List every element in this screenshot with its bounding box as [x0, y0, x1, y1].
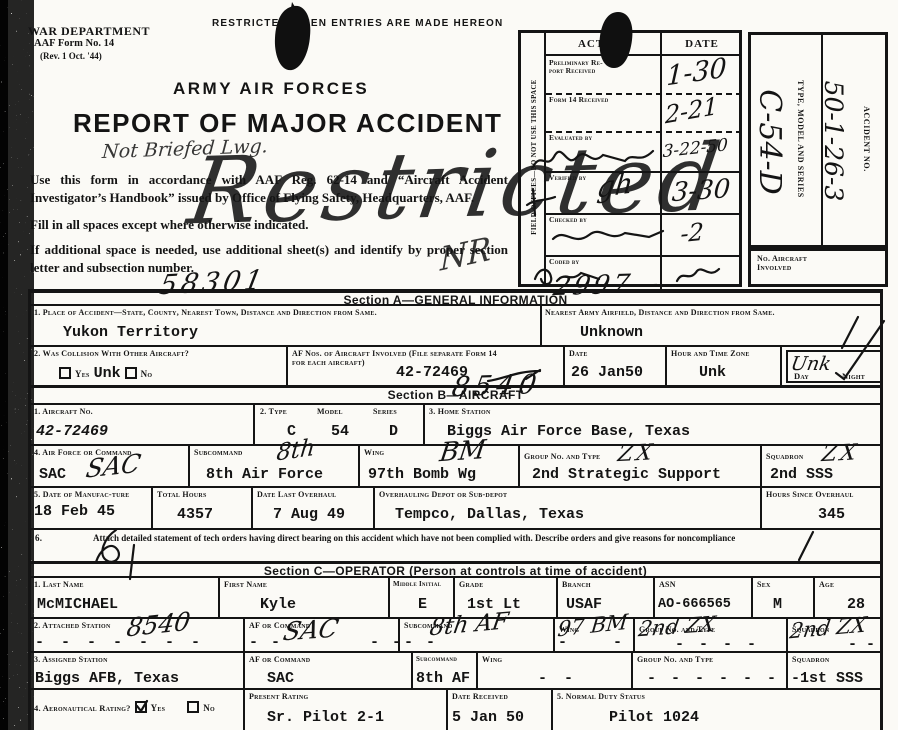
date-label: Date: [565, 347, 665, 360]
date-manufacture-value: 18 Feb 45: [34, 504, 115, 519]
group-3-label: Group No. and Type: [633, 653, 786, 666]
hw-date-evaluated: 3-22-50: [662, 135, 728, 162]
hw-group: ZX: [616, 440, 657, 467]
section-c-title: Section C—OPERATOR (Person at controls a…: [264, 564, 647, 578]
divider: [546, 131, 742, 133]
overhauling-depot-value: Tempco, Dallas, Texas: [395, 507, 584, 522]
hours-since-overhaul-label: Hours Since Overhaul: [762, 488, 886, 501]
section-b-row-3: 5. Date of Manufac-ture 18 Feb 45 Total …: [28, 488, 883, 530]
type-label: 2. Type: [260, 407, 287, 416]
series-value: D: [389, 424, 398, 439]
hours-since-overhaul-value: 345: [818, 507, 845, 522]
divider: [546, 255, 742, 257]
collision-yes-label: Yes: [75, 369, 90, 379]
model-value: 54: [331, 424, 349, 439]
hw-date-checked: -2: [680, 218, 704, 249]
war-department-block: WAR DEPARTMENT AAF Form No. 14 (Rev. 1 O…: [28, 24, 188, 62]
home-station-label: 3. Home Station: [425, 405, 886, 418]
normal-duty-status-label: 5. Normal Duty Status: [553, 690, 886, 703]
age-cell: Age 28: [813, 578, 886, 617]
action-row-label: Evaluated by: [549, 134, 657, 142]
group-3-cell: Group No. and Type - - - - - - -: [631, 653, 786, 688]
group-2-cell: Group No. and Type - - - - 2nd ZX: [633, 619, 786, 651]
signature-scribble-verified: [525, 185, 585, 219]
hw-accident-number: 50-1-26-3: [818, 41, 848, 241]
aero-no-checkbox: [187, 701, 199, 713]
date-received-cell: Date Received 5 Jan 50: [446, 690, 551, 730]
normal-duty-status-cell: 5. Normal Duty Status Pilot 1024: [551, 690, 886, 730]
section-a-bar: Section A—GENERAL INFORMATION: [28, 289, 883, 306]
attach-statement-number: 6.: [35, 533, 42, 543]
date-last-overhaul-cell: Date Last Overhaul 7 Aug 49: [251, 488, 373, 528]
overhauling-depot-cell: Overhauling Depot or Sub-depot Tempco, D…: [373, 488, 760, 528]
series-label: Series: [373, 407, 397, 416]
date-received-label: Date Received: [448, 690, 551, 703]
nearest-airfield-value: Unknown: [580, 325, 643, 340]
aircraft-involved-label: No. Aircraft Involved: [751, 251, 885, 272]
collision-no-checkbox: [125, 367, 137, 379]
signature-scribble-checked: [549, 221, 669, 251]
hour-timezone-label: Hour and Time Zone: [667, 347, 780, 360]
hour-timezone-cell: Hour and Time Zone Unk: [665, 347, 780, 385]
hw-code-right: 2997—: [551, 268, 665, 302]
present-rating-label: Present Rating: [245, 690, 446, 703]
place-of-accident-label: 1. Place of Accident—State, County, Near…: [31, 306, 540, 319]
pen-stroke-scribble: [122, 543, 140, 581]
collision-unk-value: Unk: [94, 365, 121, 382]
group-value: 2nd Strategic Support: [532, 467, 721, 482]
hw-date-form14: 2-21: [665, 92, 718, 130]
air-force-command-cell: 4. Air Force or Command SAC SAC: [31, 446, 188, 486]
signature-scribble-evaluated: [529, 143, 659, 173]
squadron-label: Squadron: [762, 450, 807, 463]
hw-squadron: ZX: [820, 440, 861, 467]
squadron-3-value: 1st SSS: [800, 671, 863, 686]
aircraft-no-value: 42-72469: [36, 424, 108, 439]
date-value: 26 Jan50: [571, 365, 643, 380]
type-model-series-label: TYPE, MODEL AND SERIES: [793, 39, 807, 239]
branch-label: Branch: [558, 578, 653, 591]
date-received-value: 5 Jan 50: [452, 710, 524, 725]
model-label: Model: [317, 407, 343, 416]
aero-yes-label: Yes: [151, 703, 166, 713]
day-night-cell: Unk Day Night: [780, 347, 886, 385]
asn-cell: ASN AO-666565: [653, 578, 751, 617]
squadron-3-cell: Squadron 1st SSS: [786, 653, 886, 688]
form-number: AAF Form No. 14: [28, 38, 188, 51]
section-b-row-4: 6. Attach detailed statement of tech ord…: [28, 530, 883, 561]
section-c-bar: Section C—OPERATOR (Person at controls a…: [28, 561, 883, 578]
collision-cell: 2. Was Collision With Other Aircraft? Ye…: [31, 347, 286, 385]
wing-3-label: Wing: [478, 653, 631, 666]
collision-no-label: No: [141, 369, 153, 379]
first-name-label: First Name: [220, 578, 388, 591]
air-force-command-value: SAC: [39, 467, 66, 482]
wing-cell: Wing BM 97th Bomb Wg: [358, 446, 518, 486]
pen-slash-scribble: [793, 530, 817, 562]
instruction-paragraph-3: If additional space is needed, use addit…: [30, 241, 508, 276]
subcommand-cell: Subcommand 8th 8th Air Force: [188, 446, 358, 486]
date-last-overhaul-value: 7 Aug 49: [273, 507, 345, 522]
section-a-row-1: 1. Place of Accident—State, County, Near…: [28, 306, 883, 347]
hw-air-force-command: SAC: [84, 448, 143, 483]
dept-line: WAR DEPARTMENT: [28, 24, 188, 38]
date-column-header: DATE: [660, 33, 742, 56]
subcommand-3-value: 8th AF: [416, 671, 470, 686]
present-rating-value: Sr. Pilot 2-1: [267, 710, 384, 725]
attached-station-dashes: - - - - - - -: [35, 635, 204, 650]
wing-3-cell: Wing - -: [476, 653, 631, 688]
accident-number-label: ACCIDENT NO.: [859, 39, 873, 239]
middle-initial-label: Middle Initial: [390, 578, 453, 590]
place-of-accident-value: Yukon Territory: [63, 325, 198, 340]
squadron-3-label: Squadron: [788, 653, 886, 666]
asn-label: ASN: [655, 578, 751, 591]
group-label: Group No. and Type: [520, 450, 604, 463]
section-a-title: Section A—GENERAL INFORMATION: [343, 293, 567, 307]
subcommand-3-cell: Subcommand 8th AF: [411, 653, 476, 688]
first-name-value: Kyle: [260, 597, 296, 612]
hours-since-overhaul-cell: Hours Since Overhaul 345: [760, 488, 886, 528]
wing-value: 97th Bomb Wg: [368, 467, 476, 482]
hw-af-command-2: SAC: [281, 613, 341, 646]
attach-statement-text: Attach detailed statement of tech orders…: [93, 533, 853, 544]
subcommand-label: Subcommand: [190, 446, 358, 459]
group-2-dashes: - - - -: [675, 637, 759, 652]
form-revision: (Rev. 1 Oct. '44): [28, 51, 188, 62]
aeronautical-rating-cell: 4. Aeronautical Rating? Yes No: [31, 690, 243, 730]
last-name-value: McMICHAEL: [37, 597, 118, 612]
pen-slash-margin: [836, 315, 862, 351]
assigned-station-label: 3. Assigned Station: [31, 653, 243, 666]
hw-wing: BM: [438, 435, 488, 469]
first-name-cell: First Name Kyle: [218, 578, 388, 617]
section-c-row-4: 4. Aeronautical Rating? Yes No Present R…: [28, 690, 883, 730]
type-model-series-cell: 2. Type Model Series C 54 D: [253, 405, 423, 444]
attached-station-cell: 2. Attached Station - - - - - - - 8540: [31, 619, 243, 651]
group-3-value: - - - - - - -: [647, 671, 803, 686]
assigned-station-cell: 3. Assigned Station Biggs AFB, Texas: [31, 653, 243, 688]
hw-subcommand: 8th: [275, 435, 316, 467]
home-station-cell: 3. Home Station Biggs Air Force Base, Te…: [423, 405, 886, 444]
collision-yes-checkbox: [59, 367, 71, 379]
aeronautical-rating-label: 4. Aeronautical Rating?: [34, 703, 131, 713]
subcommand-value: 8th Air Force: [206, 467, 323, 482]
section-c-row-2: 2. Attached Station - - - - - - - 8540 A…: [28, 619, 883, 653]
wing-2-dashes: -: [613, 635, 622, 650]
section-b-row-2: 4. Air Force or Command SAC SAC Subcomma…: [28, 446, 883, 488]
place-of-accident-cell: 1. Place of Accident—State, County, Near…: [31, 306, 540, 345]
day-label: Day: [794, 372, 809, 382]
middle-initial-cell: Middle Initial E: [388, 578, 453, 617]
total-hours-value: 4357: [177, 507, 213, 522]
last-name-label: 1. Last Name: [31, 578, 218, 591]
aero-yes-checkbox: [135, 701, 147, 713]
subcommand-3-label: Subcommand: [413, 653, 476, 665]
section-c-row-3: 3. Assigned Station Biggs AFB, Texas AF …: [28, 653, 883, 690]
af-command-3-label: AF or Command: [245, 653, 411, 666]
ink-blot-action: [592, 8, 644, 74]
squadron-2-cell: Squadron - - 2nd ZX: [786, 619, 886, 651]
action-row-label: Form 14 Received: [549, 96, 657, 104]
column-divider: [660, 56, 662, 290]
sex-value: M: [773, 597, 782, 612]
middle-initial-value: E: [418, 597, 427, 612]
af-command-3-value: SAC: [267, 671, 294, 686]
age-label: Age: [815, 578, 886, 591]
ink-blot-top: [268, 2, 320, 74]
wing-3-value: - -: [538, 671, 577, 686]
aero-no-label: No: [203, 703, 215, 713]
org-title: ARMY AIR FORCES: [173, 80, 369, 97]
total-hours-cell: Total Hours 4357: [151, 488, 251, 528]
date-last-overhaul-label: Date Last Overhaul: [253, 488, 373, 501]
squadron-value: 2nd SSS: [770, 467, 833, 482]
squadron-cell: Squadron ZX 2nd SSS: [760, 446, 886, 486]
wing-2-cell: Wing - 97 BM: [553, 619, 633, 651]
grade-label: Grade: [455, 578, 556, 591]
aircraft-no-label: 1. Aircraft No.: [31, 405, 253, 418]
aircraft-no-cell: 1. Aircraft No. 42-72469: [31, 405, 253, 444]
hw-date-verified: 3-30: [671, 174, 731, 208]
hw-code-section-b: 8540: [449, 369, 543, 403]
af-command-3-cell: AF or Command SAC: [243, 653, 411, 688]
overhauling-depot-label: Overhauling Depot or Sub-depot: [375, 488, 760, 501]
sex-label: Sex: [753, 578, 813, 591]
collision-label: 2. Was Collision With Other Aircraft?: [31, 347, 286, 360]
squadron-2-dashes: - -: [848, 637, 875, 652]
hw-type-model-series: C-54-D: [753, 42, 787, 242]
date-manufacture-cell: 5. Date of Manufac-ture 18 Feb 45: [31, 488, 151, 528]
normal-duty-status-value: Pilot 1024: [609, 710, 699, 725]
group-cell: Group No. and Type ZX 2nd Strategic Supp…: [518, 446, 760, 486]
sex-cell: Sex M: [751, 578, 813, 617]
restricted-notice: RESTRICTED WHEN ENTRIES ARE MADE HEREON: [212, 19, 503, 29]
age-value: 28: [847, 597, 865, 612]
total-hours-label: Total Hours: [153, 488, 251, 501]
hw-date-preliminary: 1-30: [666, 53, 727, 93]
asn-value: AO-666565: [658, 598, 731, 612]
hw-code-left: 58301: [157, 264, 269, 301]
aircraft-involved-box: No. Aircraft Involved: [748, 248, 888, 287]
date-manufacture-label: 5. Date of Manufac-ture: [31, 488, 142, 501]
af-command-2-cell: AF or Command - - - - SAC: [243, 619, 398, 651]
date-cell: Date 26 Jan50: [563, 347, 665, 385]
assigned-station-value: Biggs AFB, Texas: [35, 671, 179, 686]
branch-value: USAF: [566, 597, 602, 612]
scanned-accident-report-form: WAR DEPARTMENT AAF Form No. 14 (Rev. 1 O…: [0, 0, 898, 730]
hour-timezone-value: Unk: [699, 365, 726, 380]
present-rating-cell: Present Rating Sr. Pilot 2-1: [243, 690, 446, 730]
subcommand-2-cell: Subcommand - - - 8th AF: [398, 619, 553, 651]
